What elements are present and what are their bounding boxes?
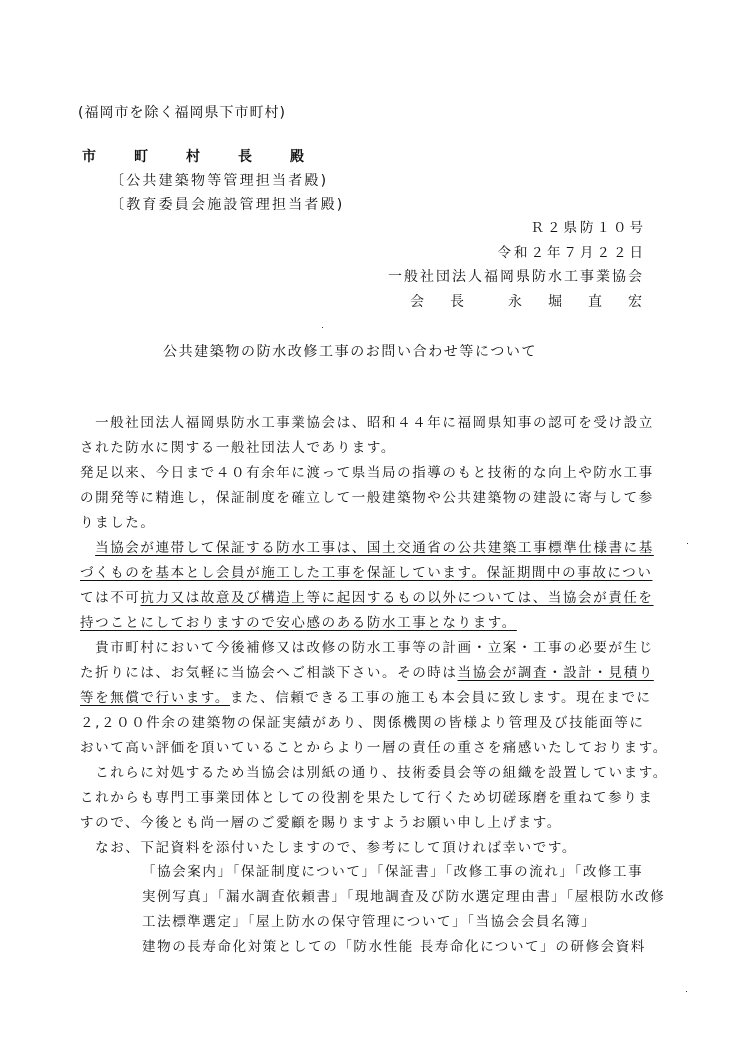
signer-name: 永 堀 直 宏 <box>508 292 648 312</box>
underlined-text: 持つことにしておりますので安心感のある防水工事となります。 <box>80 615 517 631</box>
recipient-scope: (福岡市を除く福岡県下市町村) <box>78 103 286 123</box>
document-date: 令和２年７月２２日 <box>498 243 647 263</box>
body-line: 一般社団法人福岡県防水工事業協会は、昭和４４年に福岡県知事の認可を受け設立 <box>80 413 654 433</box>
scan-speck <box>686 991 687 992</box>
underlined-text: 抗力又は故意及び構造上等に起因するもの以外については、当協会が責任を <box>140 590 653 606</box>
body-line: 発足以来、今日まで４０有余年に渡って県当局の指導のもと技術的な向上や防水工事 <box>80 463 654 483</box>
underlined-text: 当協会が連帯して保証する防水工事は、国土交通省の公共建築工事標準仕様書に基 <box>95 540 654 556</box>
body-line: なお、下記資料を添付いたしますので、参考にして頂ければ幸いです。 <box>80 838 577 858</box>
body-line: りました。 <box>80 513 156 533</box>
underlined-text: 等を無償で行います。 <box>80 690 230 706</box>
body-line: づくものを基本とし会員が施工した工事を保証しています。保証期間中の事故につい <box>80 563 652 583</box>
attachment-line: 工法標準選定」「屋上防水の保守管理について」「当協会会員名簿」 <box>142 912 596 932</box>
body-line: おいて高い評価を頂いていることからより一層の責任の重さを痛感いたしております。 <box>80 738 668 758</box>
sender-organization: 一般社団法人福岡県防水工事業協会 <box>388 267 644 287</box>
body-line: 貴市町村において今後補修又は改修の防水工事等の計画・立案・工事の必要が生じ <box>80 638 654 658</box>
body-line: の開発等に精進し，保証制度を確立して一般建築物や公共建築物の建設に寄与して参 <box>80 488 654 508</box>
cc-education: 〔教育委員会施設管理担当者殿) <box>110 195 344 215</box>
underlined-text: 当協会が調査・設計・見積り <box>458 665 654 681</box>
underlined-text: づくものを基本とし会員が施工した工事を保証しています。保証期間中の事故につい <box>80 565 652 581</box>
attachment-line: 建物の長寿命化対策としての「防水性能 長寿命化について」の研修会資料 <box>142 937 646 957</box>
attachment-line: 実例写真」「漏水調査依頼書」「現地調査及び防水選定理由書」「屋根防水改修 <box>142 887 665 907</box>
body-line: 持つことにしておりますので安心感のある防水工事となります。 <box>80 613 517 633</box>
body-line: これからも専門工事業団体としての役割を果たして行くため切磋琢磨を重ねて参りま <box>80 788 653 808</box>
cc-facilities: 〔公共建築物等管理担当者殿) <box>110 171 328 191</box>
body-line: ２,２００件余の建築物の保証実績があり、関係機関の皆様より管理及び技能面等に <box>80 713 645 733</box>
addressee: 市 町 村 長 殿 <box>82 147 316 167</box>
body-line: された防水に関する一般社団法人であります。 <box>80 438 396 458</box>
document-number: Ｒ２県防１０号 <box>531 218 647 238</box>
body-line: た折りには、お気軽に当協会へご相談下さい。その時は当協会が調査・設計・見積り <box>80 663 654 683</box>
scan-speck <box>687 543 688 544</box>
body-line: これらに対処するため当協会は別紙の通り、技術委員会等の組織を設置しています。 <box>80 763 668 783</box>
body-line: ては不可抗力又は故意及び構造上等に起因するもの以外については、当協会が責任を <box>80 588 654 608</box>
body-line: 等を無償で行います。また、信頼できる工事の施工も本会員に致します。現在までに <box>80 688 652 708</box>
signer-title: 会 長 <box>410 292 470 312</box>
body-line: 当協会が連帯して保証する防水工事は、国土交通省の公共建築工事標準仕様書に基 <box>80 538 654 558</box>
attachment-line: 「協会案内」「保証制度について」「保証書」「改修工事の流れ」「改修工事 <box>142 862 643 882</box>
body-line: すので、今後とも尚一層のご愛顧を賜りますようお願い申し上げます。 <box>80 813 562 833</box>
subject-heading: 公共建築物の防水改修工事のお問い合わせ等について <box>163 342 537 362</box>
scan-speck <box>322 327 323 328</box>
